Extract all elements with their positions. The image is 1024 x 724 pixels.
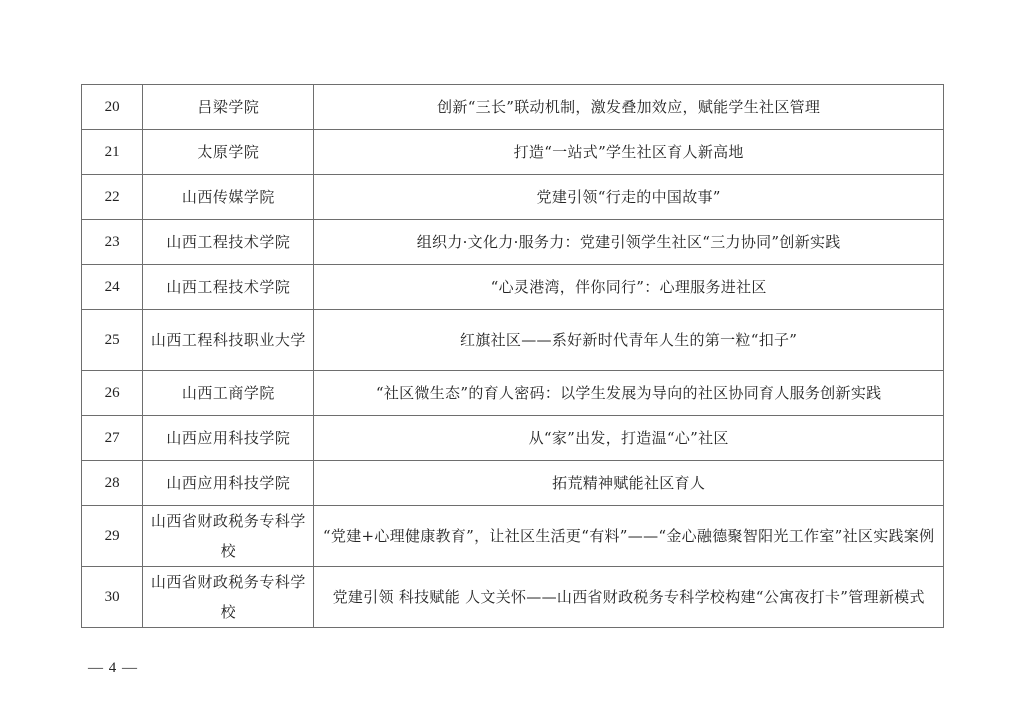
- school-name: 吕梁学院: [143, 85, 314, 130]
- school-name: 山西应用科技学院: [143, 461, 314, 506]
- case-title: 党建引领 科技赋能 人文关怀——山西省财政税务专科学校构建“公寓夜打卡”管理新模…: [314, 567, 944, 628]
- row-number: 28: [82, 461, 143, 506]
- award-list-table: 20 吕梁学院 创新“三长”联动机制，激发叠加效应，赋能学生社区管理 21 太原…: [81, 84, 944, 628]
- row-number: 29: [82, 506, 143, 567]
- school-name: 山西工程科技职业大学: [143, 310, 314, 371]
- row-number: 26: [82, 371, 143, 416]
- table-row: 23 山西工程技术学院 组织力·文化力·服务力：党建引领学生社区“三力协同”创新…: [82, 220, 944, 265]
- table-row: 28 山西应用科技学院 拓荒精神赋能社区育人: [82, 461, 944, 506]
- case-title: 红旗社区——系好新时代青年人生的第一粒“扣子”: [314, 310, 944, 371]
- table-row: 27 山西应用科技学院 从“家”出发，打造温“心”社区: [82, 416, 944, 461]
- row-number: 22: [82, 175, 143, 220]
- case-title: 创新“三长”联动机制，激发叠加效应，赋能学生社区管理: [314, 85, 944, 130]
- table-row: 26 山西工商学院 “社区微生态”的育人密码：以学生发展为导向的社区协同育人服务…: [82, 371, 944, 416]
- table-row: 22 山西传媒学院 党建引领“行走的中国故事”: [82, 175, 944, 220]
- page-number: — 4 —: [88, 660, 138, 677]
- school-name: 山西工商学院: [143, 371, 314, 416]
- case-title: “党建+心理健康教育”，让社区生活更“有料”——“金心融德聚智阳光工作室”社区实…: [314, 506, 944, 567]
- row-number: 24: [82, 265, 143, 310]
- row-number: 25: [82, 310, 143, 371]
- school-name: 山西省财政税务专科学校: [143, 506, 314, 567]
- row-number: 20: [82, 85, 143, 130]
- table-row: 21 太原学院 打造“一站式”学生社区育人新高地: [82, 130, 944, 175]
- case-title: “社区微生态”的育人密码：以学生发展为导向的社区协同育人服务创新实践: [314, 371, 944, 416]
- case-title: 从“家”出发，打造温“心”社区: [314, 416, 944, 461]
- school-name: 山西省财政税务专科学校: [143, 567, 314, 628]
- school-name: 山西工程技术学院: [143, 220, 314, 265]
- table-row: 29 山西省财政税务专科学校 “党建+心理健康教育”，让社区生活更“有料”——“…: [82, 506, 944, 567]
- school-name: 山西传媒学院: [143, 175, 314, 220]
- row-number: 23: [82, 220, 143, 265]
- school-name: 太原学院: [143, 130, 314, 175]
- table-body: 20 吕梁学院 创新“三长”联动机制，激发叠加效应，赋能学生社区管理 21 太原…: [82, 85, 944, 628]
- case-title: “心灵港湾，伴你同行”：心理服务进社区: [314, 265, 944, 310]
- case-title: 党建引领“行走的中国故事”: [314, 175, 944, 220]
- school-name: 山西应用科技学院: [143, 416, 314, 461]
- case-title: 组织力·文化力·服务力：党建引领学生社区“三力协同”创新实践: [314, 220, 944, 265]
- row-number: 21: [82, 130, 143, 175]
- table-row: 30 山西省财政税务专科学校 党建引领 科技赋能 人文关怀——山西省财政税务专科…: [82, 567, 944, 628]
- table-row: 24 山西工程技术学院 “心灵港湾，伴你同行”：心理服务进社区: [82, 265, 944, 310]
- row-number: 27: [82, 416, 143, 461]
- school-name: 山西工程技术学院: [143, 265, 314, 310]
- case-title: 拓荒精神赋能社区育人: [314, 461, 944, 506]
- table-row: 25 山西工程科技职业大学 红旗社区——系好新时代青年人生的第一粒“扣子”: [82, 310, 944, 371]
- case-title: 打造“一站式”学生社区育人新高地: [314, 130, 944, 175]
- row-number: 30: [82, 567, 143, 628]
- table-row: 20 吕梁学院 创新“三长”联动机制，激发叠加效应，赋能学生社区管理: [82, 85, 944, 130]
